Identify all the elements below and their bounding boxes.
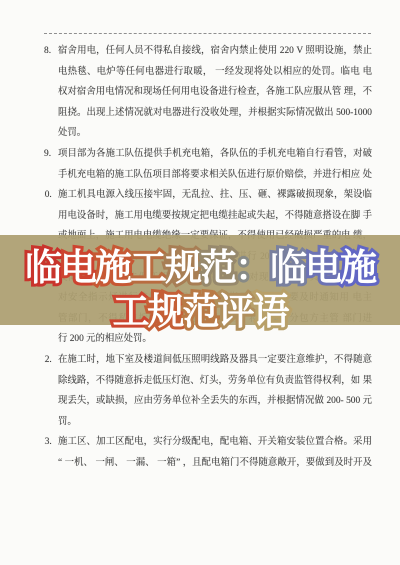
title-line: 临电施工规范：临电施临电施工规范：临电施 xyxy=(0,246,400,290)
line-text: 除线路，不得随意拆走低压灯泡、灯头，劳务单位有负责监管得权利，如 果发 xyxy=(58,376,372,392)
document-line: 13.施工区、加工区配电，实行分级配电，配电箱、开关箱安装位置合格。采用 xyxy=(44,432,372,453)
line-text: “ 一机、 一闸、 一漏、 一箱” ，且配电箱门不得随意敞开，要做到及时开及 xyxy=(58,458,372,468)
document-line: 除线路，不得随意拆走低压灯泡、灯头，劳务单位有负责监管得权利，如 果发 xyxy=(44,371,372,392)
title-line: 工规范评语工规范评语 xyxy=(0,290,400,334)
line-text: 施工机具电源入线压接牢固，无乱拉、拄、压、砸、裸露破损现象，架设临 时 xyxy=(58,190,372,206)
title-fill-layer: 临电施工规范：临电施 xyxy=(0,246,400,290)
line-text: 罚。 xyxy=(58,417,77,427)
document-line: 电热毯、电炉等任何电器进行取暖， 一经发现将处以相应的处罚。临电 电工有 xyxy=(44,62,372,83)
line-text: 手机充电箱的施工队伍项目部将要求相关队伍进行原价赔偿，并进行相应 处罚 xyxy=(58,170,372,186)
document-line: 权对宿舍用电情况和现场任何用电设备进行检查，各施工队应服从管 理，不得 xyxy=(44,82,372,103)
title-fill-layer: 工规范评语 xyxy=(0,290,400,334)
page-title: 临电施工规范：临电施临电施工规范：临电施工规范评语工规范评语 xyxy=(0,246,400,334)
document-line: 罚。 xyxy=(44,412,372,433)
line-text: 施工区、加工区配电，实行分级配电，配电箱、开关箱安装位置合格。采用 xyxy=(58,437,372,447)
line-text: 现丢失，或缺损，应由劳务单位补全丢失的东西，并根据情况做 200- 500 元处 xyxy=(58,396,372,412)
document-line: 现丢失，或缺损，应由劳务单位补全丢失的东西，并根据情况做 200- 500 元处 xyxy=(44,391,372,412)
line-text: 在施工时，地下室及楼道间低压照明线路及器具一定要注意维护，不得随意 拆 xyxy=(58,355,372,371)
line-text: 权对宿舍用电情况和现场任何用电设备进行检查，各施工队应服从管 理，不得 xyxy=(58,87,372,103)
document-line: 处罚。 xyxy=(44,123,372,144)
document-line: 9.项目部为各施工队伍提供手机充电箱，各队伍的手机充电箱自行看管，对破 坏 xyxy=(44,144,372,165)
item-number: 13. xyxy=(44,432,52,453)
document-line: 8.宿舍用电，任何人员不得私自接线，宿舍内禁止使用 220 V 照明设施，禁止 … xyxy=(44,41,372,62)
document-line: 手机充电箱的施工队伍项目部将要求相关队伍进行原价赔偿，并进行相应 处罚 xyxy=(44,165,372,186)
document-line: 12.在施工时，地下室及楼道间低压照明线路及器具一定要注意维护，不得随意 拆 xyxy=(44,350,372,371)
document-line: “ 一机、 一闸、 一漏、 一箱” ，且配电箱门不得随意敞开，要做到及时开及 xyxy=(44,453,372,474)
dashed-divider xyxy=(44,33,371,34)
item-number: 10. xyxy=(44,185,52,206)
line-text: 用电设备时，施工用电缆要按规定把电缆挂起或失起，不得随意搭设在脚 手架 xyxy=(58,211,372,227)
line-text: 宿舍用电，任何人员不得私自接线，宿舍内禁止使用 220 V 照明设施，禁止 使用 xyxy=(58,46,372,62)
document-line: 10.施工机具电源入线压接牢固，无乱拉、拄、压、砸、裸露破损现象，架设临 时 xyxy=(44,185,372,206)
line-text: 项目部为各施工队伍提供手机充电箱，各队伍的手机充电箱自行看管，对破 坏 xyxy=(58,149,372,165)
line-text: 阻挠。出现上述情况就对电器进行没收处理，并根据实际情况做出 500-1000 元 xyxy=(58,108,372,124)
item-number: 9. xyxy=(44,144,51,165)
item-number: 8. xyxy=(44,41,51,62)
document-line: 用电设备时，施工用电缆要按规定把电缆挂起或失起，不得随意搭设在脚 手架 xyxy=(44,206,372,227)
scanned-document-page: 8.宿舍用电，任何人员不得私自接线，宿舍内禁止使用 220 V 照明设施，禁止 … xyxy=(0,0,400,565)
line-text: 电热毯、电炉等任何电器进行取暖， 一经发现将处以相应的处罚。临电 电工有 xyxy=(58,67,372,83)
item-number: 12. xyxy=(44,350,52,371)
document-line: 阻挠。出现上述情况就对电器进行没收处理，并根据实际情况做出 500-1000 元 xyxy=(44,103,372,124)
line-text: 行 200 元的相应处罚。 xyxy=(58,334,152,344)
line-text: 处罚。 xyxy=(58,128,86,138)
